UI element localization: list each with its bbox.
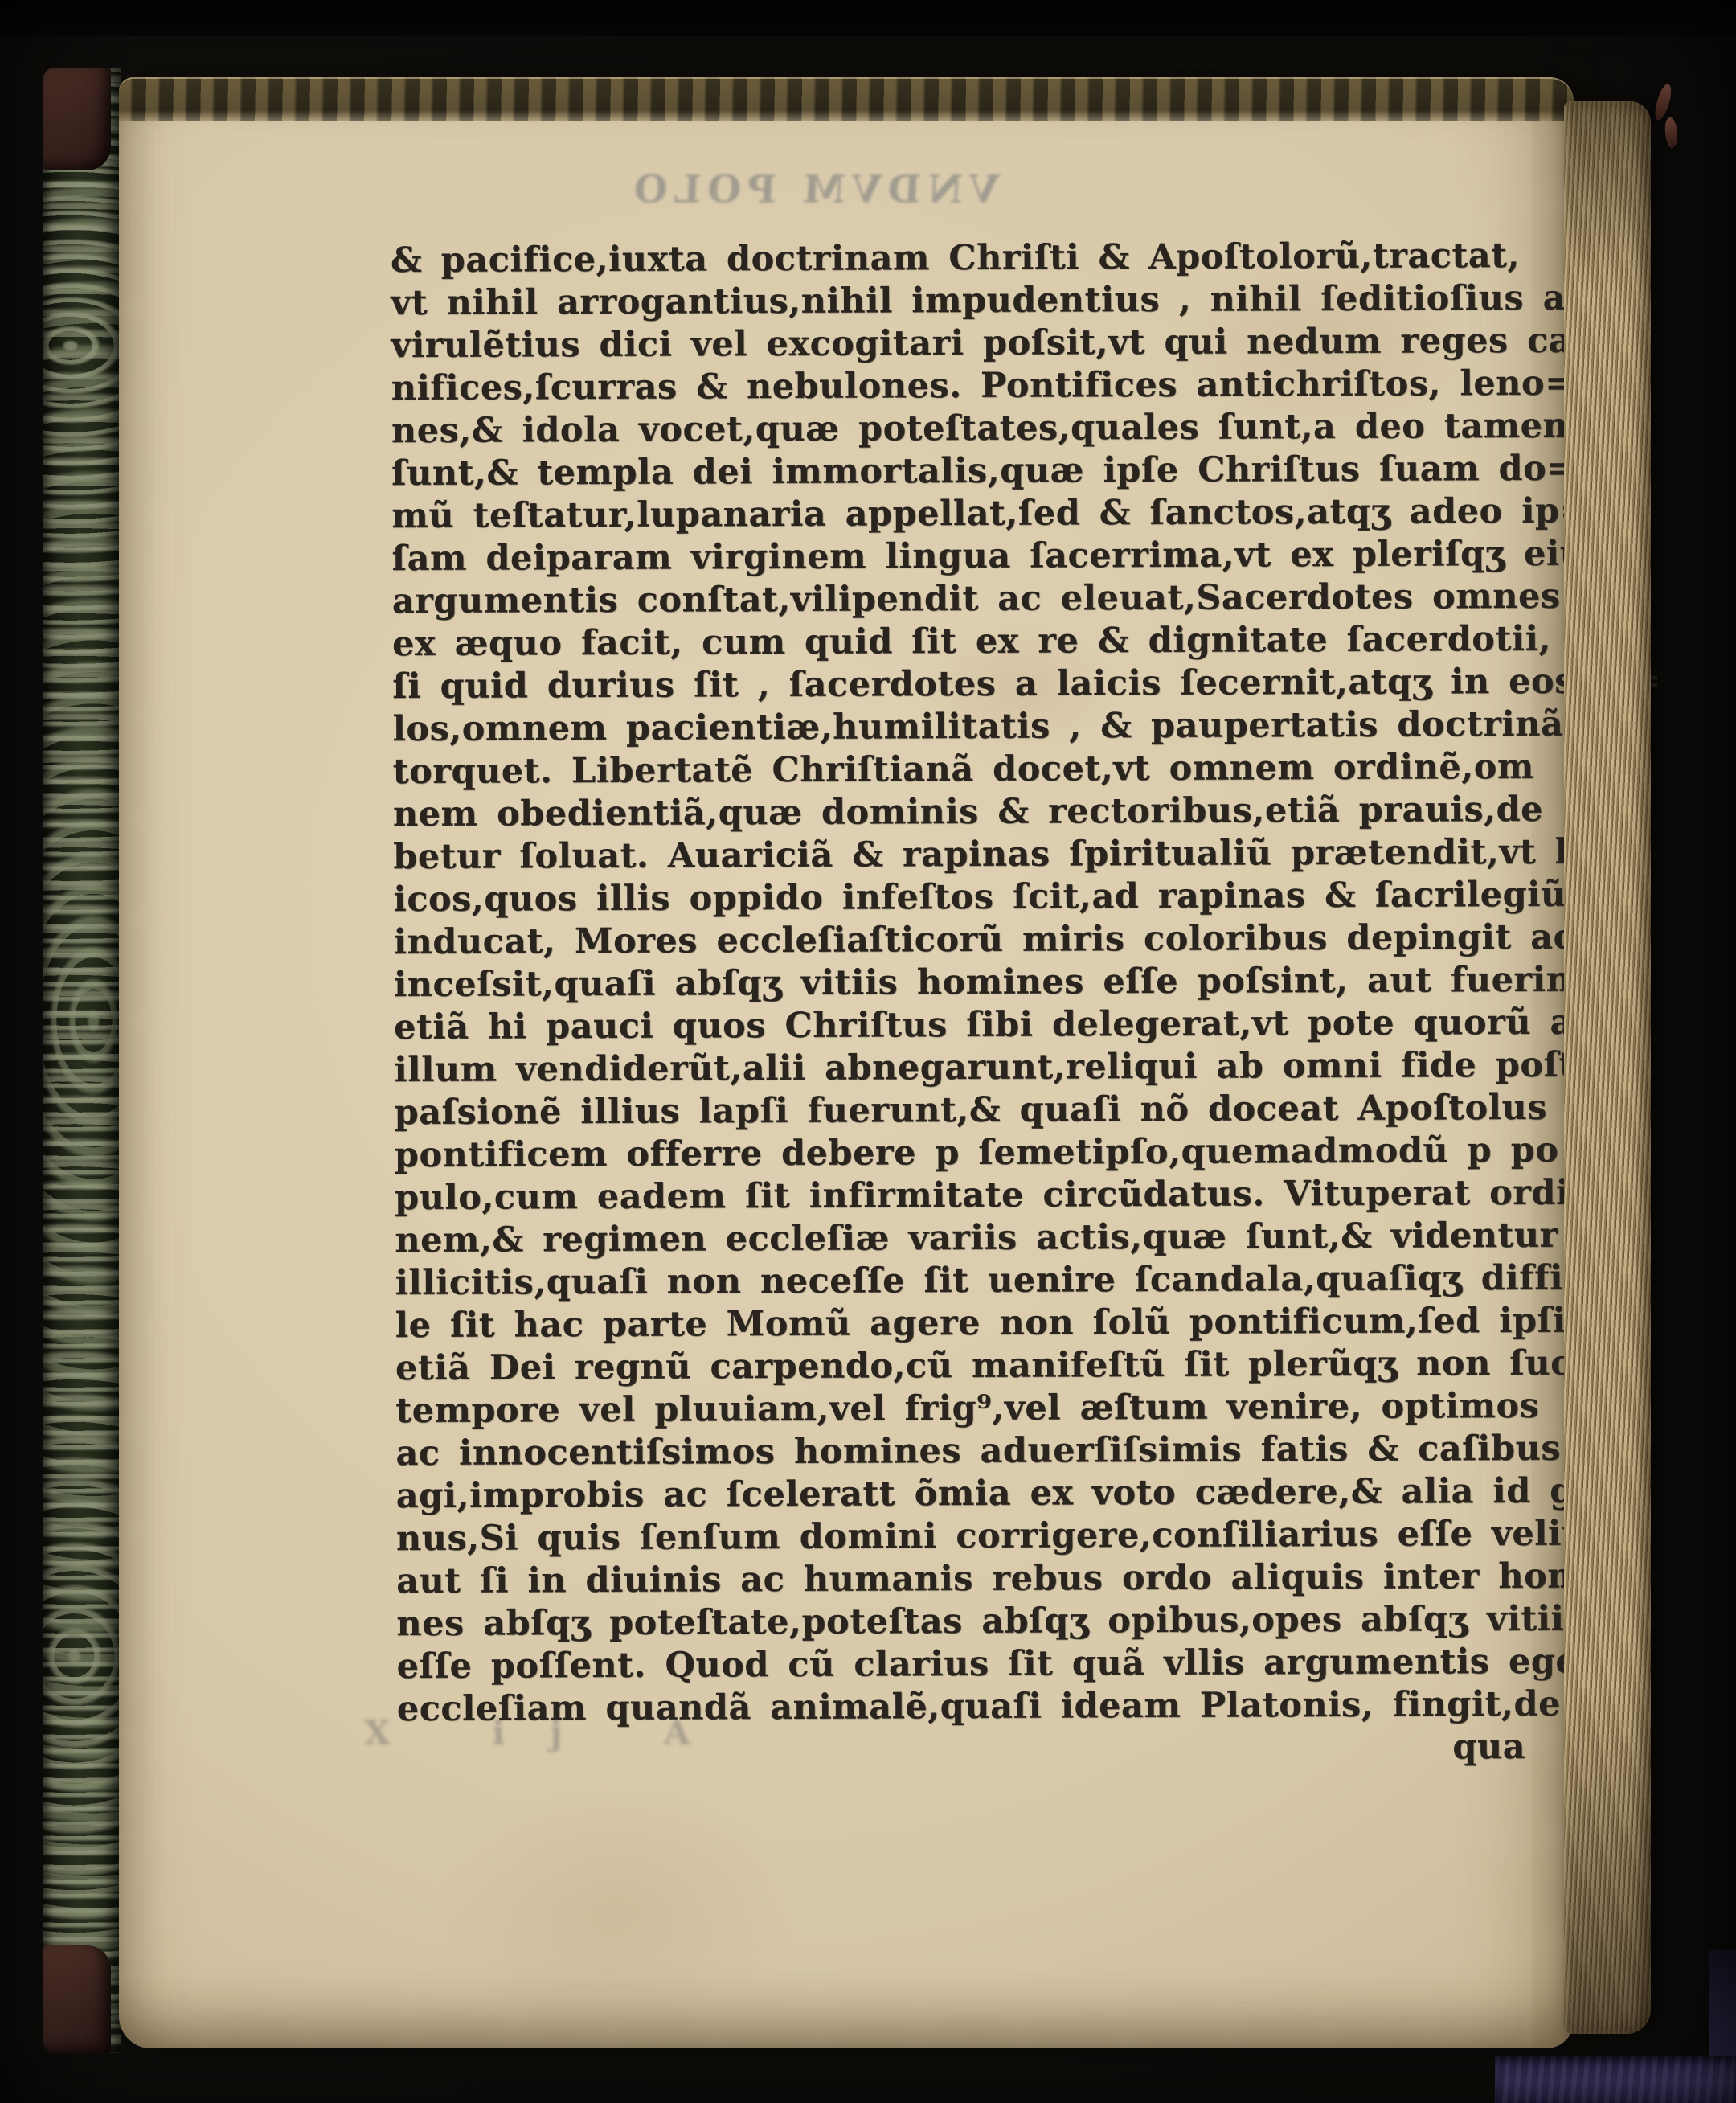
text-line: nem,& regimen eccleſiæ variis actis,quæ … <box>395 1215 1544 1262</box>
text-line: eſſe poſſent. Quod cũ clarius ſit quã vl… <box>396 1641 1546 1688</box>
left-cover-leather-corner-bottom <box>43 1945 111 2053</box>
left-cover-leather-corner-top <box>43 68 111 170</box>
ribbon-marker-icon <box>1663 117 1679 149</box>
text-line: argumentis conſtat,vilipendit ac eleuat,… <box>392 576 1542 623</box>
text-line: etiã Dei regnũ carpendo,cũ manifeſtũ ſit… <box>395 1343 1545 1390</box>
text-line: los,omnem pacientiæ,humilitatis , & paup… <box>392 703 1542 751</box>
text-line: ſi quid durius ſit , ſacerdotes a laicis… <box>392 661 1542 708</box>
text-line: tempore vel pluuiam,vel frig⁹,vel æſtum … <box>395 1385 1545 1433</box>
text-line: le ſit hac parte Momũ agere non ſolũ pon… <box>395 1300 1545 1347</box>
text-line: ex æquo facit, cum quid ſit ex re & dign… <box>392 618 1542 666</box>
text-line: mũ teſtatur,lupanaria appellat,ſed & ſan… <box>391 490 1541 538</box>
text-line: nus,Si quis ſenſum domini corrigere,conſ… <box>396 1513 1546 1560</box>
showthrough-ghost-top: VNDVM POLO <box>483 167 1000 219</box>
text-line: pulo,cum eadem ſit infirmitate circũdatu… <box>395 1172 1544 1220</box>
text-line: paſsionẽ illius lapſi fuerunt,& quaſi nõ… <box>394 1087 1543 1134</box>
text-line: pontificem offerre debere p ſemetipſo,qu… <box>395 1129 1544 1177</box>
showthrough-ghost-bottom: X ij A <box>364 1713 927 1761</box>
text-line: inducat, Mores eccleſiaſticorũ miris col… <box>394 916 1543 964</box>
text-line: etiã hi pauci quos Chriſtus ſibi deleger… <box>394 1002 1543 1049</box>
text-line: virulẽtius dici vel excogitari poſsit,vt… <box>391 320 1540 367</box>
text-line: ac innocentiſsimos homines aduerſiſsimis… <box>395 1428 1545 1475</box>
page: VNDVM POLO & pacifice,iuxta doctrinam Ch… <box>119 77 1574 2048</box>
text-line: illum vendiderũt,alii abnegarunt,reliqui… <box>394 1044 1543 1092</box>
page-top-edge <box>119 77 1574 121</box>
text-line: inceſsit,quaſi abſqʒ vitiis homines eſſe… <box>394 959 1543 1006</box>
fore-edge-leaf-stack <box>1564 101 1651 2034</box>
text-line: aut ſi in diuinis ac humanis rebus ordo … <box>396 1556 1546 1603</box>
text-line: vt nihil arrogantius,nihil impudentius ,… <box>391 277 1540 325</box>
text-line: torquet. Libertatẽ Chriſtianã docet,vt o… <box>393 746 1542 793</box>
text-line: ſam deiparam virginem lingua ſacerrima,v… <box>391 533 1541 580</box>
text-line: nifices,ſcurras & nebulones. Pontifices … <box>391 363 1541 410</box>
page-text-block: & pacifice,iuxta doctrinam Chriſti & Apo… <box>391 235 1546 1773</box>
left-cover-marbled-edge <box>43 68 121 2053</box>
adjacent-volume-edge <box>1709 1950 1736 2071</box>
text-line: illicitis,quaſi non neceſſe ſit uenire ſ… <box>395 1257 1544 1305</box>
text-line: icos,quos illis oppido infeſtos ſcit,ad … <box>393 874 1542 921</box>
text-line: nem obedientiã,quæ dominis & rectoribus,… <box>393 789 1542 836</box>
text-line: agi,improbis ac ſceleratt õmia ex voto c… <box>396 1470 1546 1518</box>
ribbon-marker-icon <box>1653 83 1674 121</box>
text-line: ſunt,& templa dei immortalis,quæ ipſe Ch… <box>391 448 1541 495</box>
text-line: nes abſqʒ poteſtate,poteſtas abſqʒ opibu… <box>396 1598 1546 1646</box>
book-photo-scene: VNDVM POLO & pacifice,iuxta doctrinam Ch… <box>0 0 1736 2103</box>
text-line: nes,& idola vocet,quæ poteſtates,quales … <box>391 405 1541 453</box>
text-line: & pacifice,iuxta doctrinam Chriſti & Apo… <box>391 235 1540 282</box>
adjacent-volume-corner <box>1495 2056 1736 2103</box>
text-line: betur ſoluat. Auariciã & rapinas ſpiritu… <box>393 831 1542 879</box>
